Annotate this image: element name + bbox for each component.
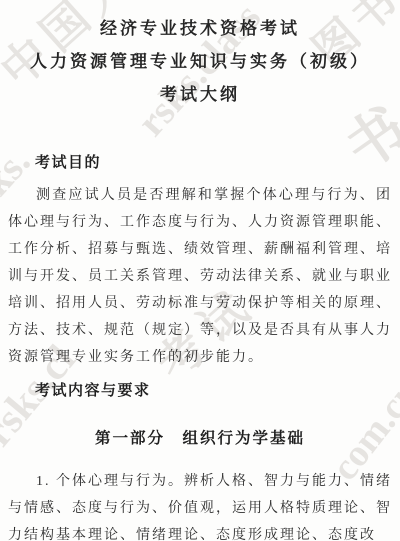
title-line-3: 考试大纲: [8, 78, 392, 111]
document-title: 经济专业技术资格考试 人力资源管理专业知识与实务（初级） 考试大纲: [8, 12, 392, 111]
part-one-heading: 第一部分 组织行为学基础: [8, 426, 392, 448]
paragraph-part-one-item-1: 1. 个体心理与行为。辨析人格、智力与能力、情绪与情感、态度与行为、价值观，运用…: [8, 468, 392, 541]
title-line-1: 经济专业技术资格考试: [8, 12, 392, 45]
document-content: 经济专业技术资格考试 人力资源管理专业知识与实务（初级） 考试大纲 考试目的 测…: [0, 0, 400, 541]
section-heading-exam-content: 考试内容与要求: [35, 379, 392, 400]
title-line-2: 人力资源管理专业知识与实务（初级）: [8, 45, 392, 78]
section-heading-exam-purpose: 考试目的: [35, 151, 392, 172]
scanned-document-page: 中国人事 图书网 书 rsks.class rsks.cl com.cn 考试 …: [0, 0, 400, 541]
paragraph-exam-purpose: 测查应试人员是否理解和掌握个体心理与行为、团体心理与行为、工作态度与行为、人力资…: [8, 182, 392, 371]
